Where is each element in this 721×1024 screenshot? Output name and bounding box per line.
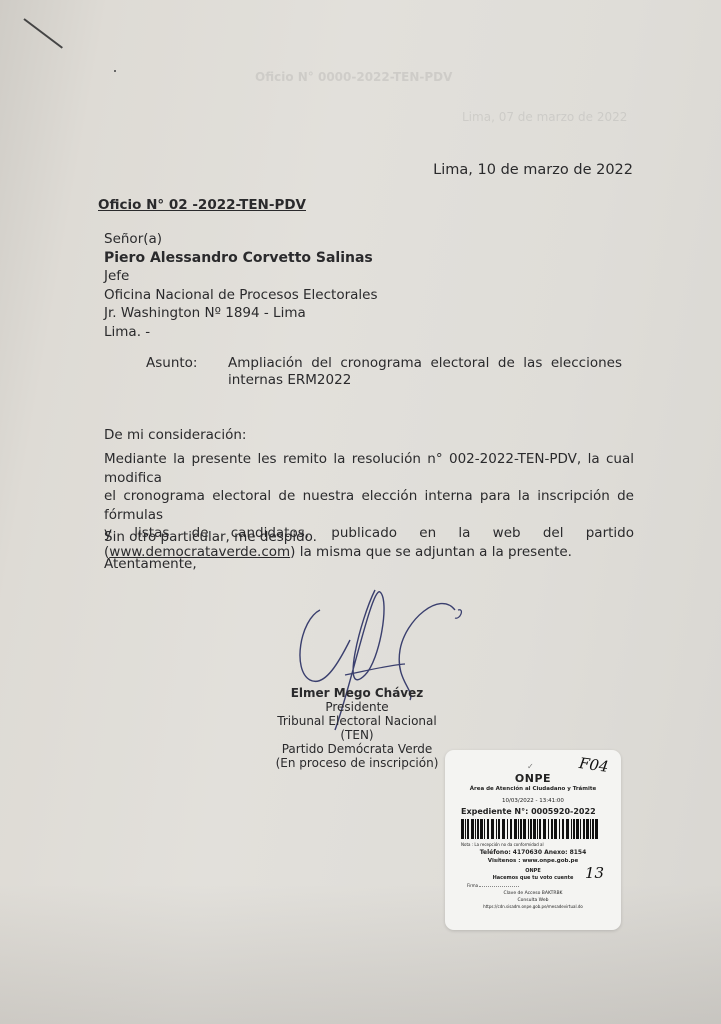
signer-body: Tribunal Electoral Nacional (TEN) xyxy=(262,714,452,742)
stamp-area: Área de Atención al Ciudadano y Trámite xyxy=(445,786,621,792)
regards-line: Atentamente, xyxy=(104,556,197,572)
pen-mark xyxy=(23,18,63,48)
barcode-icon xyxy=(461,819,599,839)
stamp-signature-line xyxy=(479,886,519,887)
onpe-logo-icon: ✓ xyxy=(527,762,534,771)
stamp-access-key: Clave de Acceso BAKTRBK xyxy=(445,891,621,896)
ink-dot xyxy=(114,70,116,72)
handwritten-number: 13 xyxy=(585,864,604,882)
stamp-query-url: https://cdn.sisadm.onpe.gob.pe/mesadevir… xyxy=(445,904,621,909)
closing-line: Sin otro particular, me despido. xyxy=(104,529,317,545)
subject-line-1: Ampliación del cronograma electoral de l… xyxy=(228,355,622,372)
addressee-name: Piero Alessandro Corvetto Salinas xyxy=(104,249,378,268)
onpe-receipt-stamp: ✓ ONPE Área de Atención al Ciudadano y T… xyxy=(445,750,621,930)
subject-label: Asunto: xyxy=(146,355,197,371)
signer-party: Partido Demócrata Verde xyxy=(262,742,452,756)
signer-name: Elmer Mego Chávez xyxy=(262,686,452,700)
stamp-expediente: Expediente N°: 0005920-2022 xyxy=(461,807,596,816)
subject-text: Ampliación del cronograma electoral de l… xyxy=(228,355,622,389)
stamp-signature-label: Firma xyxy=(467,883,478,888)
greeting: De mi consideración: xyxy=(104,427,246,443)
stamp-web-query: Consulta Web xyxy=(445,898,621,903)
subject-line-2: internas ERM2022 xyxy=(228,372,351,388)
signer-block: Elmer Mego Chávez Presidente Tribunal El… xyxy=(262,686,452,770)
addressee-address: Jr. Washington Nº 1894 - Lima xyxy=(104,304,378,323)
signer-status: (En proceso de inscripción) xyxy=(262,756,452,770)
body-line-rest: ) la misma que se adjuntan a la presente… xyxy=(290,544,572,560)
addressee-title: Jefe xyxy=(104,267,378,286)
bleed-through-text: Lima, 07 de marzo de 2022 xyxy=(462,110,627,124)
stamp-note: Nota : La recepción no da conformidad al xyxy=(461,842,544,847)
addressee-organization: Oficina Nacional de Procesos Electorales xyxy=(104,286,378,305)
addressee-block: Señor(a) Piero Alessandro Corvetto Salin… xyxy=(104,230,378,341)
letter-date: Lima, 10 de marzo de 2022 xyxy=(433,162,633,178)
stamp-phone: Teléfono: 4170630 Anexo: 8154 xyxy=(445,849,621,856)
bleed-through-text: Oficio N° 0000-2022-TEN-PDV xyxy=(255,70,452,84)
body-line: Mediante la presente les remito la resol… xyxy=(104,450,634,487)
body-line: el cronograma electoral de nuestra elecc… xyxy=(104,487,634,524)
stamp-datetime: 10/03/2022 - 13:41:00 xyxy=(445,798,621,804)
addressee-salutation: Señor(a) xyxy=(104,230,378,249)
addressee-city: Lima. - xyxy=(104,323,378,342)
letter-reference: Oficio N° 02 -2022-TEN-PDV xyxy=(98,197,306,213)
signer-role: Presidente xyxy=(262,700,452,714)
